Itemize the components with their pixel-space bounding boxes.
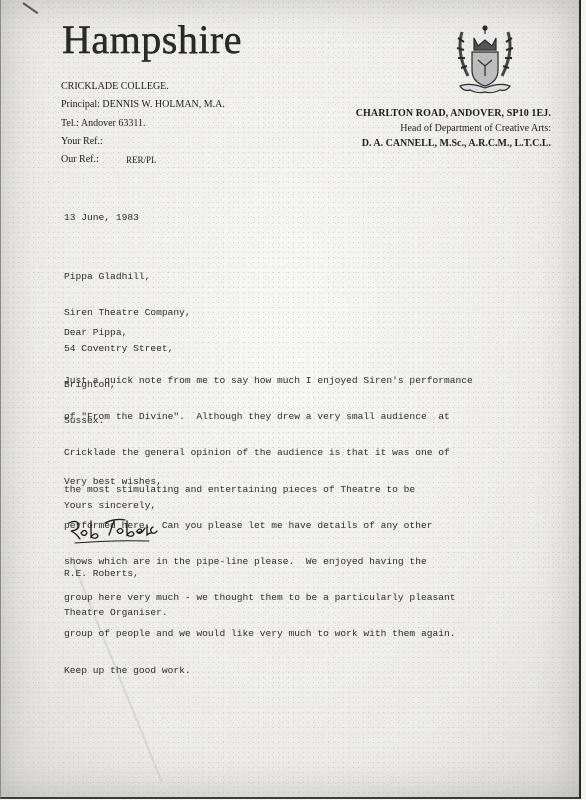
our-ref-row: Our Ref.: RER/PL	[61, 151, 291, 169]
salutation: Dear Pippa,	[64, 327, 127, 339]
college-name: CRICKLADE COLLEGE.	[61, 78, 291, 96]
letterhead-brand: Hampshire	[62, 20, 242, 60]
our-ref-label: Our Ref.:	[61, 154, 99, 165]
body-line: Cricklade the general opinion of the aud…	[64, 447, 534, 459]
corner-mark	[22, 2, 38, 14]
signoff-line: Yours sincerely,	[64, 500, 156, 512]
your-ref-label: Your Ref.:	[61, 136, 103, 147]
principal-line: Principal: DENNIS W. HOLMAN, M.A.	[61, 96, 291, 114]
letterhead-left-block: CRICKLADE COLLEGE. Principal: DENNIS W. …	[61, 78, 291, 169]
your-ref-row: Your Ref.:	[61, 133, 291, 151]
coat-of-arms-crest-icon	[454, 24, 516, 98]
college-address: CHARLTON ROAD, ANDOVER, SP10 1EJ.	[321, 106, 551, 121]
department-head-name: D. A. CANNELL, M.Sc., A.R.C.M., L.T.C.L.	[321, 136, 551, 151]
department-head-title: Head of Department of Creative Arts:	[321, 121, 551, 136]
letter-date: 13 June, 1983	[64, 212, 139, 224]
recipient-line: Pippa Gladhill,	[64, 271, 191, 283]
body-line: Keep up the good work.	[64, 665, 534, 677]
body-line: Just a quick note from me to say how muc…	[64, 375, 534, 387]
signatory-name: R.E. Roberts,	[64, 567, 168, 580]
our-ref-value: RER/PL	[126, 151, 157, 169]
letterhead-right-block: CHARLTON ROAD, ANDOVER, SP10 1EJ. Head o…	[321, 106, 551, 151]
body-line: of "From the Divine". Although they drew…	[64, 411, 534, 423]
closing-line: Very best wishes,	[64, 476, 162, 488]
recipient-line: Siren Theatre Company,	[64, 307, 191, 319]
letter-page: Hampshire CRICKLADE COLLEGE. Principal: …	[0, 0, 581, 799]
signatory-block: R.E. Roberts, Theatre Organiser.	[64, 541, 168, 645]
signatory-title: Theatre Organiser.	[64, 606, 168, 619]
telephone-line: Tel.: Andover 63311.	[61, 115, 291, 133]
